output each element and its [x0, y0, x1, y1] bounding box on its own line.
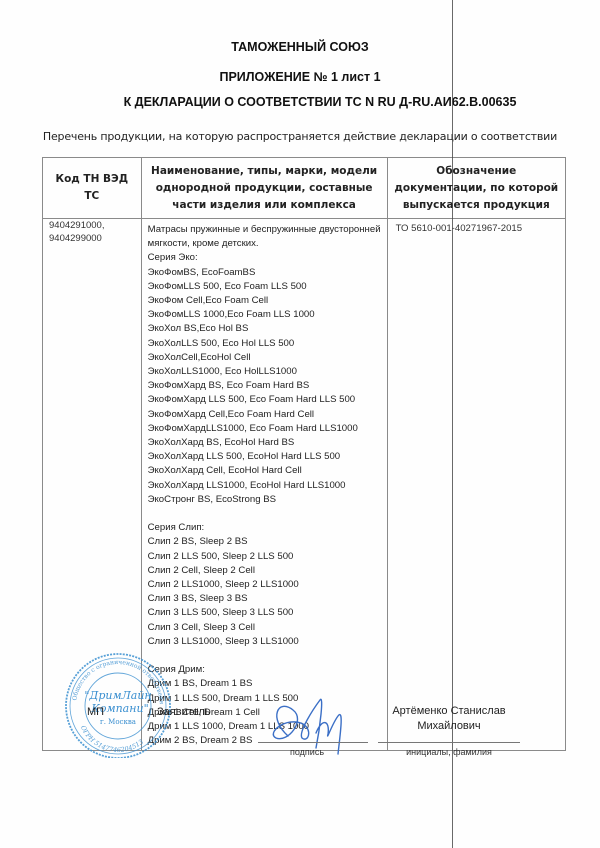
intro-text: Перечень продукции, на которую распростр… — [0, 130, 600, 143]
list-item: ЭкоФом Cell,Eco Foam Cell — [148, 294, 381, 308]
header-product-names: Наименование, типы, марки, модели одноро… — [141, 158, 387, 219]
signer-name-line2: Михайлович — [378, 719, 520, 734]
product-list: Матрасы пружинные и беспружинные двустор… — [148, 223, 381, 748]
header-documentation: Обозначение документации, по которой вып… — [387, 158, 565, 219]
appendix-title: ПРИЛОЖЕНИЕ № 1 лист 1 — [0, 70, 600, 84]
product-list-spacer — [148, 507, 381, 521]
document-page: ТАМОЖЕННЫЙ СОЮЗ ПРИЛОЖЕНИЕ № 1 лист 1 К … — [0, 0, 600, 848]
union-title: ТАМОЖЕННЫЙ СОЮЗ — [0, 40, 600, 54]
list-item: Слип 3 LLS1000, Sleep 3 LLS1000 — [148, 635, 381, 649]
list-item: ЭкоФомLLS 500, Eco Foam LLS 500 — [148, 280, 381, 294]
list-item: ЭкоФомХард BS, Eco Foam Hard BS — [148, 379, 381, 393]
hs-code-cell: 9404291000, 9404299000 — [43, 219, 142, 751]
declaration-title: К ДЕКЛАРАЦИИ О СООТВЕТСТВИИ ТС N RU Д-RU… — [20, 95, 600, 109]
applicant-label: Заявитель — [157, 706, 211, 718]
list-item: ЭкоФомХард Cell,Eco Foam Hard Cell — [148, 408, 381, 422]
name-line — [378, 742, 520, 743]
list-item: ЭкоХолХард LLS1000, EcoHol Hard LLS1000 — [148, 479, 381, 493]
signer-name-line1: Артёменко Станислав — [378, 704, 520, 719]
signer-name: Артёменко Станислав Михайлович — [378, 704, 520, 734]
list-item: ЭкоФомBS, EcoFoamBS — [148, 266, 381, 280]
stamp-place-label: МП — [87, 706, 104, 718]
signature-caption: подпись — [290, 747, 324, 757]
product-names-cell: Матрасы пружинные и беспружинные двустор… — [141, 219, 387, 751]
table-header-row: Код ТН ВЭД ТС Наименование, типы, марки,… — [43, 158, 566, 219]
list-item: Дрим 1 LLS 500, Dream 1 LLS 500 — [148, 692, 381, 706]
product-list-spacer — [148, 649, 381, 663]
hs-code: 9404291000, — [49, 219, 135, 232]
products-table: Код ТН ВЭД ТС Наименование, типы, марки,… — [42, 157, 566, 751]
list-item: ЭкоХолCell,EcoHol Cell — [148, 351, 381, 365]
name-caption: инициалы, фамилия — [378, 747, 520, 757]
list-item: ЭкоХол BS,Eco Hol BS — [148, 322, 381, 336]
list-item: Слип 2 Cell, Sleep 2 Cell — [148, 564, 381, 578]
list-item: ЭкоХолLLS1000, Eco HolLLS1000 — [148, 365, 381, 379]
list-item: ЭкоСтронг BS, EcoStrong BS — [148, 493, 381, 507]
list-item: ЭкоХолХард BS, EcoHol Hard BS — [148, 436, 381, 450]
list-item: ЭкоФомLLS 1000,Eco Foam LLS 1000 — [148, 308, 381, 322]
list-item: Серия Слип: — [148, 521, 381, 535]
signature-line — [258, 742, 368, 743]
list-item: ЭкоХолХард LLS 500, EcoHol Hard LLS 500 — [148, 450, 381, 464]
list-item: ЭкоХолХард Cell, EcoHol Hard Cell — [148, 464, 381, 478]
list-item: Серия Дрим: — [148, 663, 381, 677]
hs-code: 9404299000 — [49, 232, 135, 245]
table-row: 9404291000, 9404299000 Матрасы пружинные… — [43, 219, 566, 751]
list-item: мягкости, кроме детских. — [148, 237, 381, 251]
list-item: Слип 3 LLS 500, Sleep 3 LLS 500 — [148, 606, 381, 620]
documentation-cell: ТО 5610-001-40271967-2015 — [387, 219, 565, 751]
list-item: Слип 2 LLS1000, Sleep 2 LLS1000 — [148, 578, 381, 592]
list-item: ЭкоХолLLS 500, Eco Hol LLS 500 — [148, 337, 381, 351]
list-item: Слип 3 Cell, Sleep 3 Cell — [148, 621, 381, 635]
list-item: Дрим 1 BS, Dream 1 BS — [148, 677, 381, 691]
list-item: Серия Эко: — [148, 251, 381, 265]
list-item: Слип 2 BS, Sleep 2 BS — [148, 535, 381, 549]
list-item: Слип 2 LLS 500, Sleep 2 LLS 500 — [148, 550, 381, 564]
list-item: Матрасы пружинные и беспружинные двустор… — [148, 223, 381, 237]
list-item: ЭкоФомХард LLS 500, Eco Foam Hard LLS 50… — [148, 393, 381, 407]
list-item: ЭкоФомХардLLS1000, Eco Foam Hard LLS1000 — [148, 422, 381, 436]
list-item: Слип 3 BS, Sleep 3 BS — [148, 592, 381, 606]
header-hs-code: Код ТН ВЭД ТС — [43, 158, 142, 219]
list-item: Дрим 1 LLS 1000, Dream 1 LLS 1000 — [148, 720, 381, 734]
documentation-ref: ТО 5610-001-40271967-2015 — [396, 223, 557, 234]
